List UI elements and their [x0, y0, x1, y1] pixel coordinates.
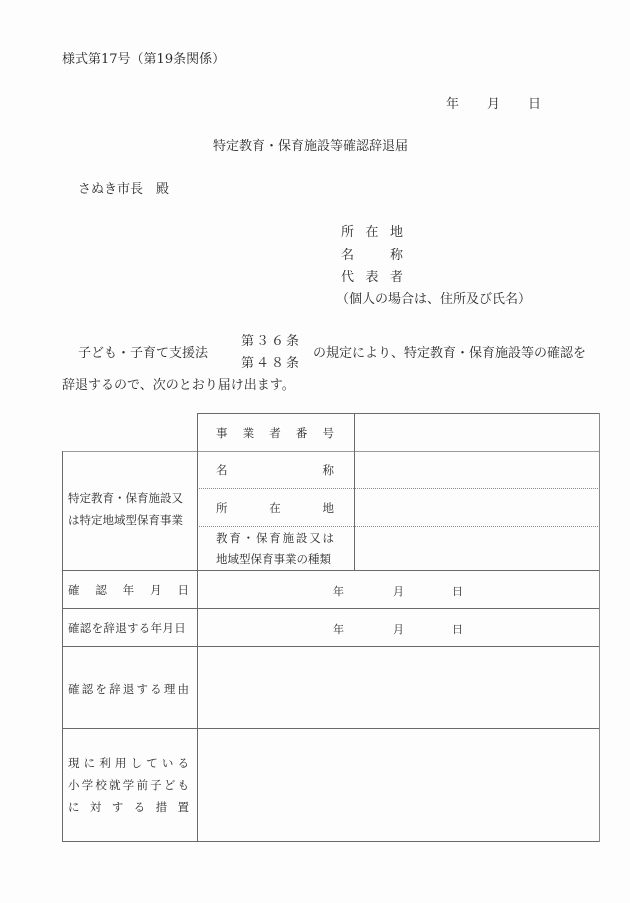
confirmation-year: 年	[333, 583, 344, 599]
table-border	[197, 413, 600, 414]
table-border	[62, 841, 600, 842]
withdrawal-month: 月	[393, 621, 404, 637]
confirmation-day: 日	[452, 583, 463, 599]
withdrawal-reason-label: 確 認 を 辞 退 す る 理 由	[68, 681, 189, 697]
law-name: 子ども・子育て支援法	[78, 342, 208, 361]
applicant-name-label: 名 称	[341, 244, 403, 263]
measures-label-line1: 現 に 利 用 し て い る	[68, 755, 189, 771]
table-border	[62, 728, 600, 729]
withdrawal-day: 日	[452, 621, 463, 637]
business-number-label: 事 業 者 番 号	[216, 425, 334, 441]
facility-type-label-line1: 教 育 ・ 保 育 施 設 又 は	[216, 530, 334, 546]
article-48: 第４８条	[241, 352, 301, 371]
document-title: 特定教育・保育施設等確認辞退届	[213, 135, 408, 154]
table-border	[599, 413, 600, 842]
addressee: さぬき市長 殿	[78, 178, 169, 197]
facility-name-label: 名 称	[216, 462, 334, 478]
form-number: 様式第17号（第19条関係）	[62, 48, 225, 67]
table-border	[197, 413, 198, 842]
facility-type-label-line2: 地域型保育事業の種類	[216, 551, 331, 567]
date-day-label: 日	[528, 93, 541, 112]
declaration-line1: の規定により、特定教育・保育施設等の確認を	[313, 342, 586, 361]
table-border	[62, 608, 600, 609]
date-month-label: 月	[487, 93, 500, 112]
declaration-line2: 辞退するので、次のとおり届け出ます。	[62, 374, 295, 393]
table-border	[354, 413, 355, 570]
date-year-label: 年	[446, 93, 459, 112]
facility-location-label: 所 在 地	[216, 500, 334, 516]
article-36: 第３６条	[241, 330, 301, 349]
applicant-note: （個人の場合は、住所及び氏名）	[336, 288, 531, 307]
confirmation-date-label: 確 認 年 月 日	[68, 582, 189, 598]
withdrawal-date-label: 確認を辞退する年月日	[68, 620, 186, 636]
table-divider	[197, 526, 600, 527]
applicant-representative-label: 代 表 者	[341, 266, 403, 285]
confirmation-month: 月	[393, 583, 404, 599]
table-border	[62, 451, 600, 452]
measures-label-line2: 小 学 校 就 学 前 子 ど も	[68, 777, 189, 793]
facility-group-label: 特定教育・保育施設又 は特定地域型保育事業	[68, 487, 183, 531]
table-border	[62, 646, 600, 647]
table-border	[62, 451, 63, 842]
measures-label-line3: に 対 す る 措 置	[68, 799, 189, 815]
table-divider	[197, 488, 600, 489]
applicant-location-label: 所 在 地	[341, 221, 403, 240]
withdrawal-year: 年	[333, 621, 344, 637]
table-border	[62, 570, 600, 571]
